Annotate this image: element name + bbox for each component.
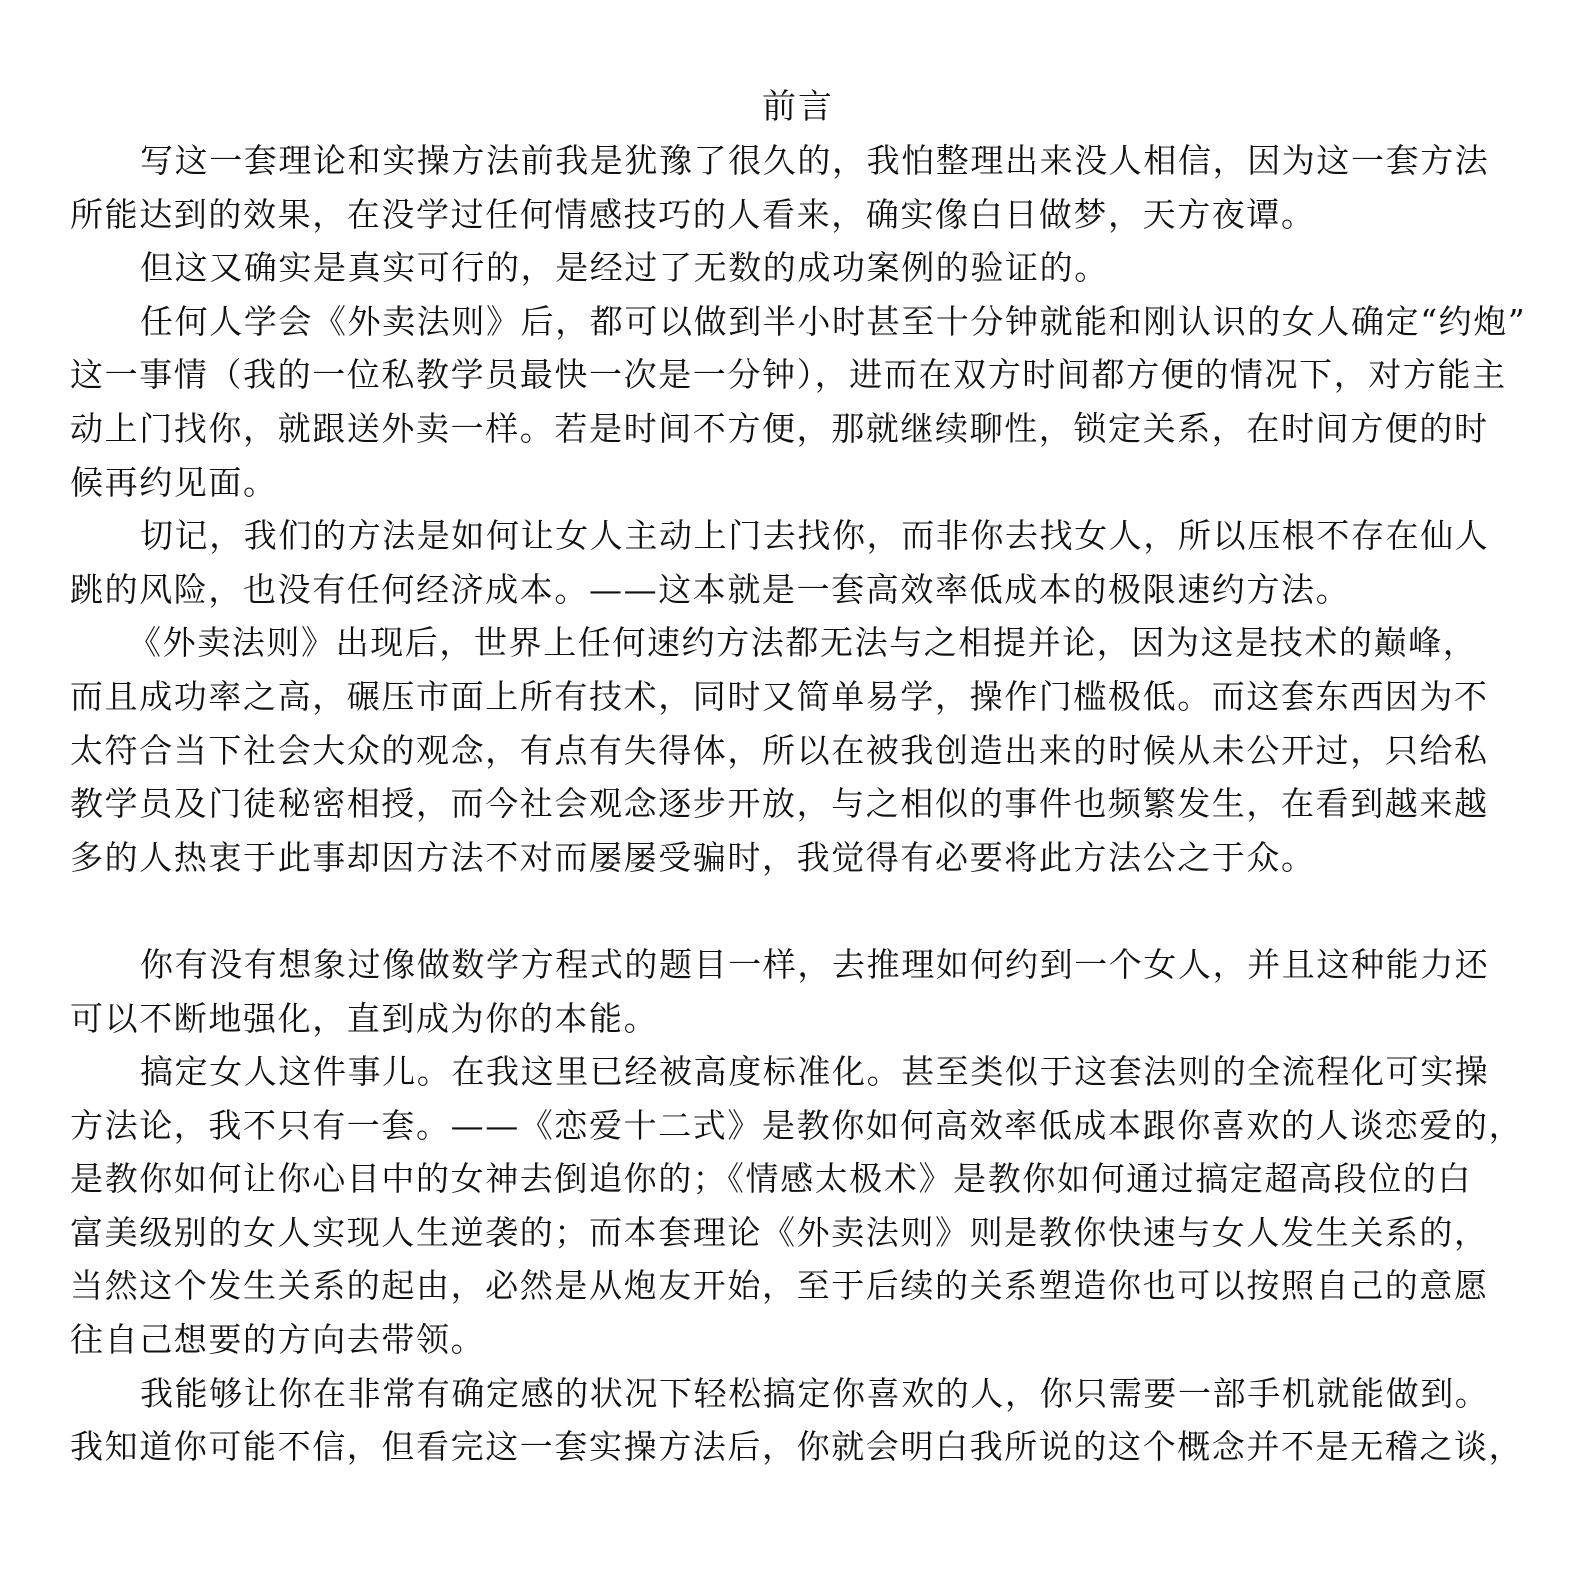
- paragraph: 写这一套理论和实操方法前我是犹豫了很久的，我怕整理出来没人相信，因为这一套方法 …: [70, 134, 1500, 241]
- text-line: 我能够让你在非常有确定感的状况下轻松搞定你喜欢的人，你只需要一部手机就能做到。: [70, 1367, 1500, 1421]
- document-page: 前言 写这一套理论和实操方法前我是犹豫了很久的，我怕整理出来没人相信，因为这一套…: [0, 0, 1596, 1587]
- paragraph: 任何人学会《外卖法则》后，都可以做到半小时甚至十分钟就能和刚认识的女人确定“约炮…: [70, 295, 1500, 509]
- text-line: 教学员及门徒秘密相授，而今社会观念逐步开放，与之相似的事件也频繁发生，在看到越来…: [70, 777, 1500, 831]
- text-line: 跳的风险，也没有任何经济成本。——这本就是一套高效率低成本的极限速约方法。: [70, 563, 1500, 617]
- text-line: 切记，我们的方法是如何让女人主动上门去找你，而非你去找女人，所以压根不存在仙人: [70, 509, 1500, 563]
- text-line: 这一事情（我的一位私教学员最快一次是一分钟），进而在双方时间都方便的情况下，对方…: [70, 348, 1500, 402]
- text-line: 写这一套理论和实操方法前我是犹豫了很久的，我怕整理出来没人相信，因为这一套方法: [70, 134, 1500, 188]
- paragraph: 你有没有想象过像做数学方程式的题目一样，去推理如何约到一个女人，并且这种能力还 …: [70, 938, 1500, 1045]
- paragraph: 《外卖法则》出现后，世界上任何速约方法都无法与之相提并论，因为这是技术的巅峰， …: [70, 616, 1500, 884]
- paragraph: 但这又确实是真实可行的，是经过了无数的成功案例的验证的。: [70, 241, 1500, 295]
- blank-line: [70, 884, 1500, 938]
- text-line: 太符合当下社会大众的观念，有点有失得体，所以在被我创造出来的时候从未公开过，只给…: [70, 724, 1500, 778]
- document-body: 写这一套理论和实操方法前我是犹豫了很久的，我怕整理出来没人相信，因为这一套方法 …: [70, 134, 1500, 1474]
- text-line: 当然这个发生关系的起由，必然是从炮友开始，至于后续的关系塑造你也可以按照自己的意…: [70, 1259, 1500, 1313]
- text-line: 你有没有想象过像做数学方程式的题目一样，去推理如何约到一个女人，并且这种能力还: [70, 938, 1500, 992]
- text-line: 多的人热衷于此事却因方法不对而屡屡受骗时，我觉得有必要将此方法公之于众。: [70, 831, 1500, 885]
- text-line: 动上门找你，就跟送外卖一样。若是时间不方便，那就继续聊性，锁定关系，在时间方便的…: [70, 402, 1500, 456]
- text-line: 是教你如何让你心目中的女神去倒追你的；《情感太极术》是教你如何通过搞定超高段位的…: [70, 1152, 1500, 1206]
- text-line: 候再约见面。: [70, 456, 1500, 510]
- text-line: 方法论，我不只有一套。——《恋爱十二式》是教你如何高效率低成本跟你喜欢的人谈恋爱…: [70, 1099, 1500, 1153]
- text-line: 搞定女人这件事儿。在我这里已经被高度标准化。甚至类似于这套法则的全流程化可实操: [70, 1045, 1500, 1099]
- paragraph: 搞定女人这件事儿。在我这里已经被高度标准化。甚至类似于这套法则的全流程化可实操 …: [70, 1045, 1500, 1367]
- text-line: 往自己想要的方向去带领。: [70, 1313, 1500, 1367]
- text-line: 所能达到的效果，在没学过任何情感技巧的人看来，确实像白日做梦，天方夜谭。: [70, 188, 1500, 242]
- text-line: 而且成功率之高，碾压市面上所有技术，同时又简单易学，操作门槛极低。而这套东西因为…: [70, 670, 1500, 724]
- paragraph: 我能够让你在非常有确定感的状况下轻松搞定你喜欢的人，你只需要一部手机就能做到。 …: [70, 1367, 1500, 1474]
- text-line: 可以不断地强化，直到成为你的本能。: [70, 992, 1500, 1046]
- paragraph: 切记，我们的方法是如何让女人主动上门去找你，而非你去找女人，所以压根不存在仙人 …: [70, 509, 1500, 616]
- text-line: 但这又确实是真实可行的，是经过了无数的成功案例的验证的。: [70, 241, 1500, 295]
- text-line: 《外卖法则》出现后，世界上任何速约方法都无法与之相提并论，因为这是技术的巅峰，: [70, 616, 1500, 670]
- document-title: 前言: [0, 80, 1596, 134]
- text-line: 我知道你可能不信，但看完这一套实操方法后，你就会明白我所说的这个概念并不是无稽之…: [70, 1420, 1500, 1474]
- text-line: 任何人学会《外卖法则》后，都可以做到半小时甚至十分钟就能和刚认识的女人确定“约炮…: [70, 295, 1500, 349]
- text-line: 富美级别的女人实现人生逆袭的；而本套理论《外卖法则》则是教你快速与女人发生关系的…: [70, 1206, 1500, 1260]
